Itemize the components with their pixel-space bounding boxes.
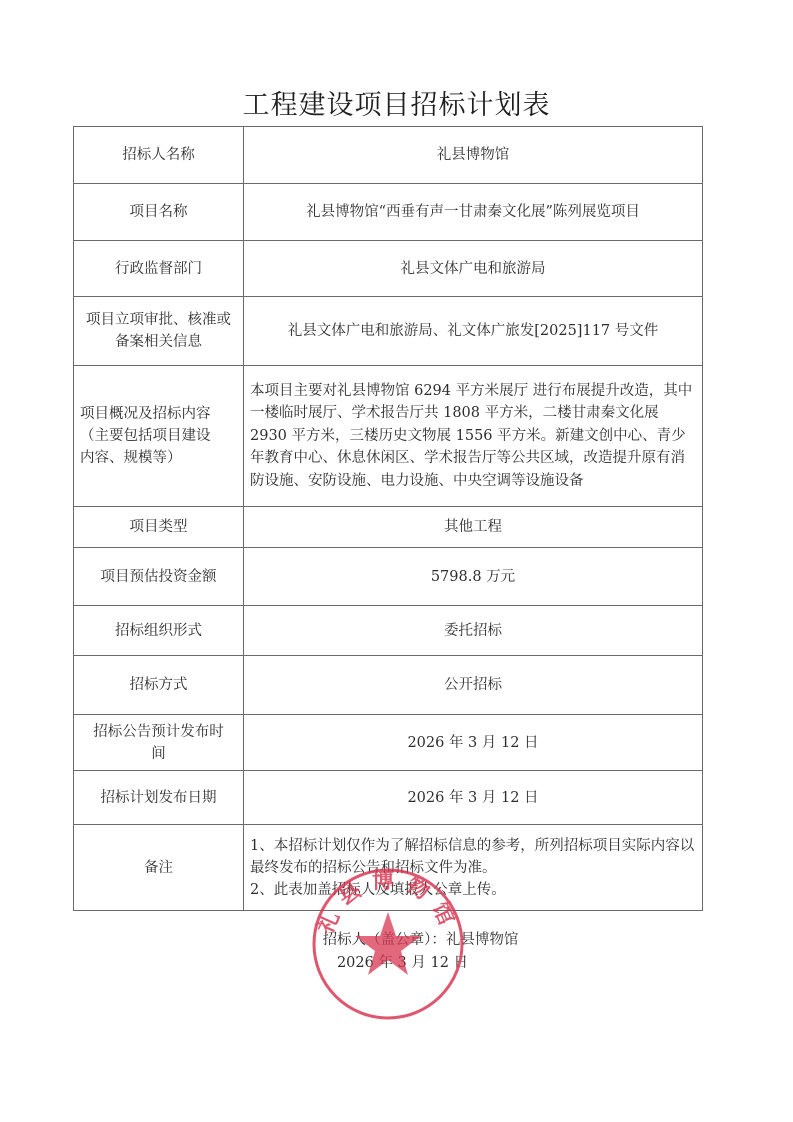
row-value: 1、本招标计划仅作为了解招标信息的参考，所列招标项目实际内容以最终发布的招标公告… xyxy=(244,825,703,911)
table-row: 项目概况及招标内容 （主要包括项目建设 内容、规模等） 本项目主要对礼县博物馆 … xyxy=(74,366,703,507)
row-label: 行政监督部门 xyxy=(74,241,244,297)
row-label: 项目名称 xyxy=(74,184,244,241)
row-label: 招标人名称 xyxy=(74,127,244,184)
table-row: 备注 1、本招标计划仅作为了解招标信息的参考，所列招标项目实际内容以最终发布的招… xyxy=(74,825,703,911)
signatory-line: 招标人（盖公章）：礼县博物馆 xyxy=(0,929,793,951)
row-value: 2026 年 3 月 12 日 xyxy=(244,771,703,825)
row-label: 项目预估投资金额 xyxy=(74,548,244,606)
table-row: 招标组织形式 委托招标 xyxy=(74,606,703,656)
row-label: 备注 xyxy=(74,825,244,911)
label-line: 招标公告预计发布时 xyxy=(78,721,239,743)
remark-line: 2、此表加盖招标人及填报人公章上传。 xyxy=(250,879,698,901)
table-row: 招标方式 公开招标 xyxy=(74,656,703,715)
row-value: 其他工程 xyxy=(244,507,703,548)
row-label: 项目概况及招标内容 （主要包括项目建设 内容、规模等） xyxy=(74,366,244,507)
table-row: 项目立项审批、核准或 备案相关信息 礼县文体广电和旅游局、礼文体广旅发[2025… xyxy=(74,297,703,366)
label-line: （主要包括项目建设 xyxy=(80,425,239,447)
row-label: 招标公告预计发布时 间 xyxy=(74,715,244,771)
row-value: 5798.8 万元 xyxy=(244,548,703,606)
table-row: 项目预估投资金额 5798.8 万元 xyxy=(74,548,703,606)
table-row: 招标公告预计发布时 间 2026 年 3 月 12 日 xyxy=(74,715,703,771)
row-value: 委托招标 xyxy=(244,606,703,656)
label-line: 内容、规模等） xyxy=(80,447,239,469)
row-value: 礼县博物馆 xyxy=(244,127,703,184)
row-label: 项目立项审批、核准或 备案相关信息 xyxy=(74,297,244,366)
table-row: 项目名称 礼县博物馆“西垂有声一甘肃秦文化展”陈列展览项目 xyxy=(74,184,703,241)
label-line: 备案相关信息 xyxy=(78,331,239,353)
label-line: 项目立项审批、核准或 xyxy=(78,309,239,331)
row-value: 礼县博物馆“西垂有声一甘肃秦文化展”陈列展览项目 xyxy=(244,184,703,241)
row-value: 本项目主要对礼县博物馆 6294 平方米展厅 进行布展提升改造，其中一楼临时展厅… xyxy=(244,366,703,507)
row-value: 公开招标 xyxy=(244,656,703,715)
row-value: 礼县文体广电和旅游局 xyxy=(244,241,703,297)
row-value: 2026 年 3 月 12 日 xyxy=(244,715,703,771)
bidding-plan-table: 招标人名称 礼县博物馆 项目名称 礼县博物馆“西垂有声一甘肃秦文化展”陈列展览项… xyxy=(73,126,703,911)
row-label: 项目类型 xyxy=(74,507,244,548)
remark-line: 1、本招标计划仅作为了解招标信息的参考，所列招标项目实际内容以最终发布的招标公告… xyxy=(250,835,698,879)
row-label: 招标组织形式 xyxy=(74,606,244,656)
signature-date: 2026 年 3 月 12 日 xyxy=(0,952,793,974)
table-row: 招标计划发布日期 2026 年 3 月 12 日 xyxy=(74,771,703,825)
table-row: 项目类型 其他工程 xyxy=(74,507,703,548)
table-row: 招标人名称 礼县博物馆 xyxy=(74,127,703,184)
label-line: 项目概况及招标内容 xyxy=(80,403,239,425)
row-label: 招标计划发布日期 xyxy=(74,771,244,825)
table-row: 行政监督部门 礼县文体广电和旅游局 xyxy=(74,241,703,297)
document-title: 工程建设项目招标计划表 xyxy=(0,88,793,124)
row-label: 招标方式 xyxy=(74,656,244,715)
label-line: 间 xyxy=(78,743,239,765)
row-value: 礼县文体广电和旅游局、礼文体广旅发[2025]117 号文件 xyxy=(244,297,703,366)
